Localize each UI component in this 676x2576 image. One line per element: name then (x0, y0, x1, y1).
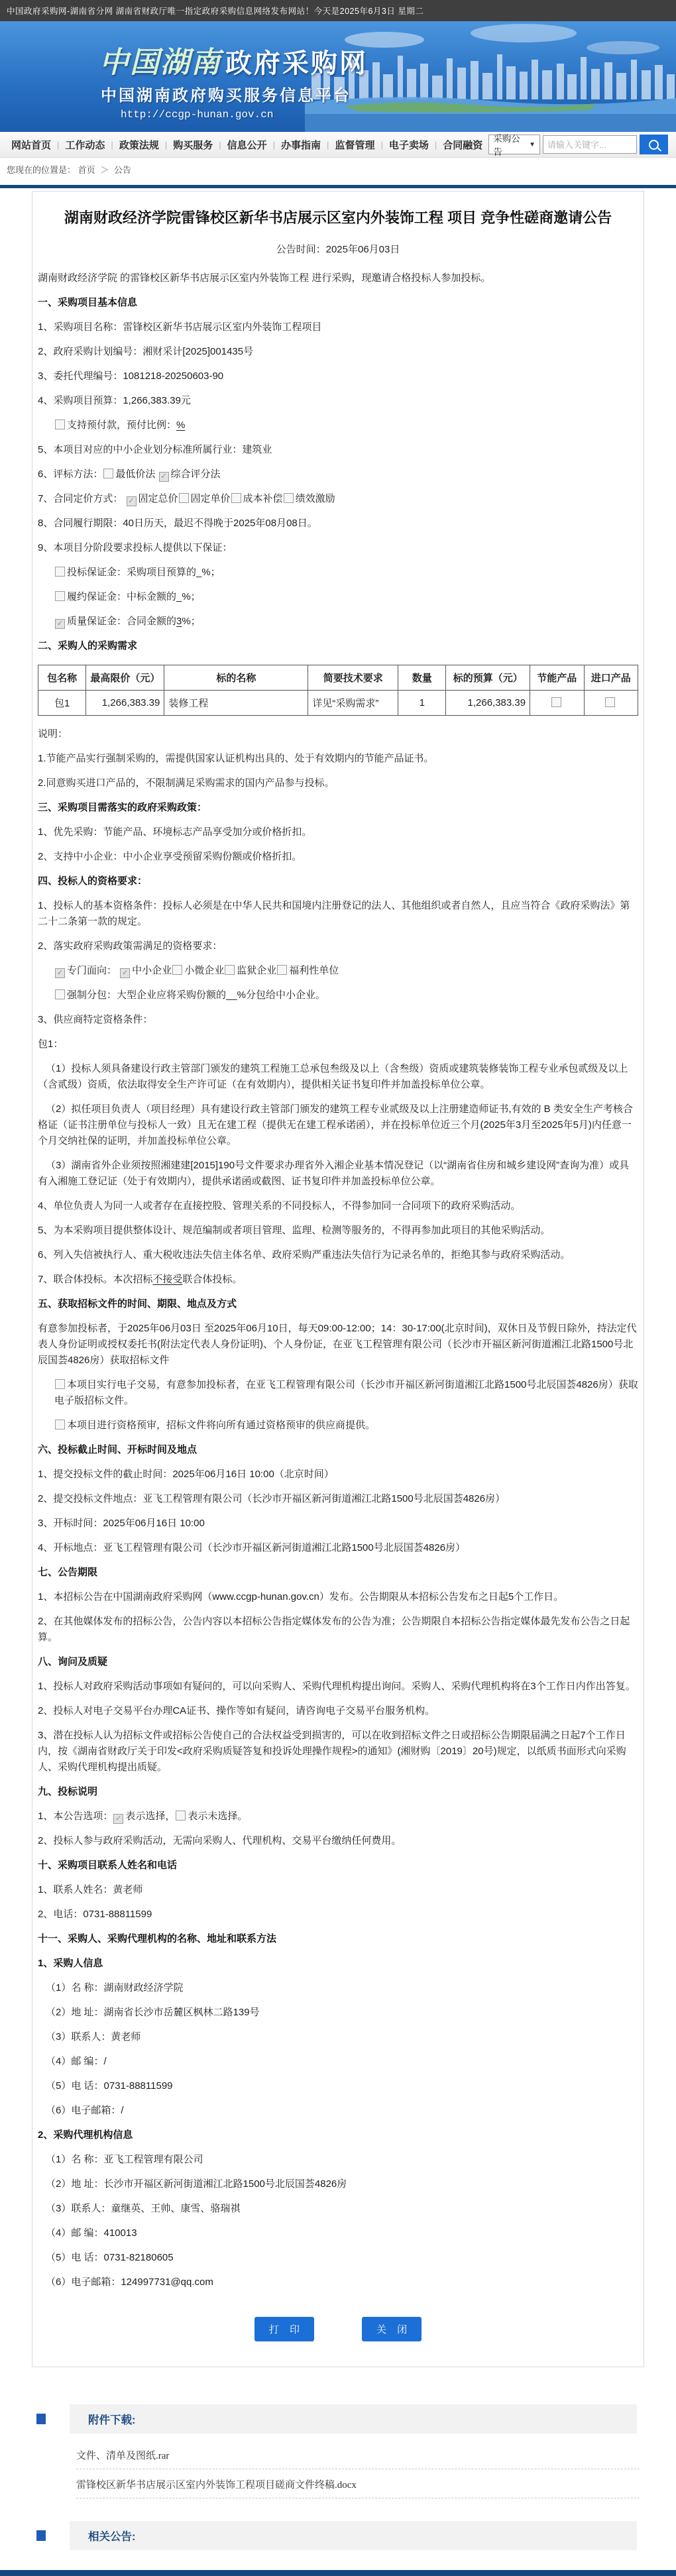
top-info-text: 中国政府采购网-湖南省分网 湖南省财政厅唯一指定政府采购信息网络发布网站！今天是… (7, 7, 423, 16)
checkbox-unchecked-icon (179, 493, 189, 503)
doc-paragraph: （5）电 话：0731-88811599 (38, 2078, 638, 2094)
doc-paragraph: 1、优先采购：节能产品、环境标志产品享受加分或价格折扣。 (38, 824, 638, 840)
site-subtitle: 中国湖南政府购买服务信息平台 (101, 82, 351, 105)
doc-paragraph: （3）联系人：童继英、王帅、康雪、骆瑞祺 (38, 2201, 638, 2217)
doc-paragraph: 说明： (38, 726, 638, 742)
doc-paragraph: （4）邮 编：410013 (38, 2225, 638, 2241)
checkbox-unchecked-icon (176, 1811, 186, 1820)
doc-paragraph: 7、合同定价方式： ✓固定总价固定单价成本补偿绩效激励 (38, 491, 638, 507)
checkbox-unchecked-icon (231, 493, 241, 503)
checkbox-checked-icon: ✓ (55, 619, 65, 629)
doc-paragraph: 有意参加投标者，于2025年06月03日 至2025年06月10日，每天09:0… (38, 1321, 638, 1369)
attachment-icon (36, 2414, 46, 2424)
underlined-text: 3 (176, 616, 182, 627)
table-header-cell: 包名称 (38, 665, 86, 691)
table-header-cell: 数量 (398, 665, 446, 691)
doc-paragraph: （2）地 址：湖南省长沙市岳麓区枫林二路139号 (38, 2005, 638, 2021)
table-header-cell: 最高限价（元） (86, 665, 164, 691)
doc-paragraph: （2）地 址：长沙市开福区新河街道湘江北路1500号北辰国荟4826房 (38, 2176, 638, 2192)
attachments-section: 附件下载: 文件、清单及图纸.rar雷锋校区新华书店展示区室内外装饰工程项目磋商… (36, 2404, 640, 2550)
breadcrumb-current[interactable]: 公告 (114, 165, 131, 175)
doc-paragraph: 支持预付款，预付比例：% (38, 418, 638, 433)
doc-paragraph: （1）名 称：亚飞工程管理有限公司 (38, 2152, 638, 2168)
doc-paragraph: ✓质量保证金：合同金额的3%； (38, 614, 638, 630)
related-title: 相关公告: (88, 2528, 136, 2544)
doc-paragraph: 6、列入失信被执行人、重大税收违法失信主体名单、政府采购严重违法失信行为记录名单… (38, 1247, 638, 1263)
site-logo: 中国湖南 (99, 46, 221, 79)
attachment-list: 文件、清单及图纸.rar雷锋校区新华书店展示区室内外装饰工程项目磋商文件终稿.d… (76, 2440, 640, 2498)
search-icon (649, 140, 659, 150)
doc-paragraph: （1）投标人须具备建设行政主管部门颁发的建筑工程施工总承包叁级及以上（含叁级）资… (38, 1061, 638, 1093)
search-input[interactable] (543, 135, 637, 154)
doc-paragraph: 2、支持中小企业：中小企业享受预留采购份额或价格折扣。 (38, 849, 638, 865)
doc-paragraph: 2、提交投标文件地点：亚飞工程管理有限公司（长沙市开福区新河街道湘江北路1500… (38, 1491, 638, 1507)
nav-item-4[interactable]: 信息公开 (221, 138, 273, 152)
doc-paragraph: 投标保证金：采购项目预算的_%； (38, 565, 638, 581)
doc-paragraph: 本项目进行资格预审，招标文件将向所有通过资格预审的供应商提供。 (38, 1418, 638, 1433)
doc-paragraph: （4）邮 编：/ (38, 2054, 638, 2070)
table-header-cell: 简要技术要求 (308, 665, 398, 691)
nav-item-8[interactable]: 合同融资 (437, 138, 488, 152)
checkbox-unchecked-icon (55, 420, 65, 429)
section-heading: 一、采购项目基本信息 (38, 295, 638, 311)
nav-search-area: 采购公告 ▼ (488, 135, 671, 154)
doc-paragraph: 3、委托代理编号：1081218-20250603-90 (38, 368, 638, 384)
doc-paragraph: 2、电话：0731-88811599 (38, 1907, 638, 1923)
nav-item-6[interactable]: 监督管理 (329, 138, 380, 152)
underlined-text: % (176, 420, 185, 431)
section-heading: 八、询问及质疑 (38, 1654, 638, 1670)
checkbox-unchecked-icon (551, 697, 561, 707)
attachment-row: 文件、清单及图纸.rar (76, 2440, 640, 2469)
attachment-link-1[interactable]: 雷锋校区新华书店展示区室内外装饰工程项目磋商文件终稿.docx (76, 2480, 357, 2491)
site-name: 政府采购网 (225, 49, 368, 78)
checkbox-unchecked-icon (284, 493, 294, 503)
doc-paragraph: ✓专门面向： ✓中小企业小微企业监狱企业福利性单位 (38, 963, 638, 979)
checkbox-checked-icon: ✓ (120, 968, 130, 978)
section-heading: 九、投标说明 (38, 1784, 638, 1800)
doc-paragraph: 1、投标人的基本资格条件：投标人必须是在中华人民共和国境内注册登记的法人、其他组… (38, 898, 638, 930)
doc-paragraph: 强制分包：大型企业应将采购份额的__%分包给中小企业。 (38, 987, 638, 1003)
checkbox-unchecked-icon (103, 469, 113, 478)
checkbox-checked-icon: ✓ (159, 472, 169, 482)
doc-paragraph: 5、为本采购项目提供整体设计、规范编制或者项目管理、监理、检测等服务的，不得再参… (38, 1223, 638, 1239)
footer-bar (0, 2570, 676, 2576)
attachments-header: 附件下载: (36, 2404, 640, 2434)
attachments-title: 附件下载: (88, 2411, 136, 2427)
doc-paragraph: 2、投标人参与政府采购活动，无需向采购人、代理机构、交易平台缴纳任何费用。 (38, 1833, 638, 1849)
checkbox-unchecked-icon (225, 965, 235, 975)
checkbox-unchecked-icon (55, 989, 65, 999)
doc-paragraph: 6、评标方法：最低价法 ✓综合评分法 (38, 467, 638, 482)
procurement-requirements-table: 包名称最高限价（元）标的名称简要技术要求数量标的预算（元）节能产品进口产品包11… (38, 665, 638, 716)
page-title: 湖南财政经济学院雷锋校区新华书店展示区室内外装饰工程 项目 竞争性磋商邀请公告 (58, 207, 618, 229)
close-button[interactable]: 关 闭 (362, 2317, 422, 2341)
section-heading: 十、采购项目联系人姓名和电话 (38, 1858, 638, 1874)
section-heading: 十一、采购人、采购代理机构的名称、地址和联系方法 (38, 1931, 638, 1947)
doc-paragraph: 2、政府采购计划编号：湘财采计[2025]001435号 (38, 344, 638, 360)
nav-item-0[interactable]: 网站首页 (5, 138, 57, 152)
doc-paragraph: 5、本项目对应的中小企业划分标准所属行业：建筑业 (38, 442, 638, 458)
doc-paragraph: 2、投标人对电子交易平台办理CA证书、操作等如有疑问，请咨询电子交易平台服务机构… (38, 1703, 638, 1719)
checkbox-unchecked-icon (55, 1420, 65, 1429)
doc-paragraph: 7、联合体投标。本次招标不接受联合体投标。 (38, 1272, 638, 1288)
nav-item-2[interactable]: 政策法规 (113, 138, 165, 152)
section-heading: 2、采购代理机构信息 (38, 2127, 638, 2143)
nav-item-3[interactable]: 购买服务 (167, 138, 219, 152)
checkbox-unchecked-icon (55, 1379, 65, 1389)
top-info-bar: 中国政府采购网-湖南省分网 湖南省财政厅唯一指定政府采购信息网络发布网站！今天是… (0, 0, 676, 21)
breadcrumb-label: 您现在的位置是： (7, 165, 76, 175)
related-header: 相关公告: (36, 2521, 640, 2550)
doc-paragraph: 9、本项目分阶段要求投标人提供以下保证： (38, 540, 638, 556)
table-cell: 1,266,383.39 (86, 691, 164, 716)
doc-paragraph: 1、联系人姓名：黄老师 (38, 1882, 638, 1898)
table-header-cell: 标的预算（元） (446, 665, 530, 691)
attachment-row: 雷锋校区新华书店展示区室内外装饰工程项目磋商文件终稿.docx (76, 2469, 640, 2498)
section-heading: 1、采购人信息 (38, 1956, 638, 1972)
breadcrumb-separator: ＞ (100, 165, 109, 175)
search-button[interactable] (640, 135, 668, 154)
checkbox-checked-icon: ✓ (127, 496, 137, 506)
doc-paragraph: 1、提交投标文件的截止时间：2025年06月16日 10:00（北京时间） (38, 1467, 638, 1483)
site-banner: 中国湖南政府采购网 中国湖南政府购买服务信息平台 http://ccgp-hun… (0, 21, 676, 132)
doc-paragraph: 2、落实政府采购政策需满足的资格要求： (38, 938, 638, 954)
section-heading: 五、获取招标文件的时间、期限、地点及方式 (38, 1296, 638, 1312)
table-cell (584, 691, 638, 716)
doc-paragraph: （5）电 话：0731-82180605 (38, 2250, 638, 2266)
doc-paragraph: 8、合同履行期限：40日历天，最迟不得晚于2025年08月08日。 (38, 516, 638, 532)
related-icon (36, 2530, 46, 2541)
doc-paragraph: 1、本公告选项：✓表示选择，表示未选择。 (38, 1809, 638, 1824)
section-heading: 二、采购人的采购需求 (38, 638, 638, 654)
attachment-link-0[interactable]: 文件、清单及图纸.rar (76, 2451, 169, 2461)
table-cell: 详见“采购需求” (308, 691, 398, 716)
nav-item-7[interactable]: 电子卖场 (383, 138, 435, 152)
doc-paragraph: （2）拟任项目负责人（项目经理）具有建设行政主管部门颁发的建筑工程专业贰级及以上… (38, 1101, 638, 1149)
chevron-down-icon: ▼ (529, 141, 535, 148)
section-heading: 四、投标人的资格要求： (38, 873, 638, 889)
doc-paragraph: 1、采购项目名称：雷锋校区新华书店展示区室内外装饰工程项目 (38, 319, 638, 335)
doc-paragraph: 4、采购项目预算：1,266,383.39元 (38, 393, 638, 409)
breadcrumb-home-link[interactable]: 首页 (78, 165, 95, 175)
nav-item-1[interactable]: 工作动态 (59, 138, 111, 152)
search-category-select[interactable]: 采购公告 ▼ (488, 135, 540, 154)
publish-time: 公告时间：2025年06月03日 (38, 242, 638, 256)
checkbox-checked-icon: ✓ (113, 1814, 123, 1824)
doc-paragraph: 1.节能产品实行强制采购的，需提供国家认证机构出具的、处于有效期内的节能产品证书… (38, 751, 638, 767)
announcement-document: 湖南财政经济学院雷锋校区新华书店展示区室内外装饰工程 项目 竞争性磋商邀请公告 … (32, 191, 644, 2367)
doc-paragraph: 1、投标人对政府采购活动事项如有疑问的，可以向采购人、采购代理机构提出询问。采购… (38, 1679, 638, 1695)
checkbox-unchecked-icon (277, 965, 287, 975)
checkbox-unchecked-icon (172, 965, 182, 975)
table-cell: 包1 (38, 691, 86, 716)
underlined-text: 不接受 (152, 1274, 182, 1285)
site-url: http://ccgp-hunan.gov.cn (121, 109, 273, 121)
section-heading: 七、公告期限 (38, 1565, 638, 1581)
checkbox-checked-icon: ✓ (55, 968, 65, 978)
table-cell: 1 (398, 691, 446, 716)
table-header-cell: 进口产品 (584, 665, 638, 691)
doc-paragraph: 2、在其他媒体发布的招标公告，公告内容以本招标公告指定媒体发布的公告为准；公告期… (38, 1614, 638, 1646)
doc-paragraph: （1）名 称：湖南财政经济学院 (38, 1980, 638, 1996)
doc-paragraph: 4、开标地点：亚飞工程管理有限公司（长沙市开福区新河街道湘江北路1500号北辰国… (38, 1540, 638, 1556)
doc-paragraph: 3、供应商特定资格条件： (38, 1012, 638, 1028)
table-cell: 装修工程 (164, 691, 308, 716)
doc-paragraph: 本项目实行电子交易，有意参加投标者，在亚飞工程管理有限公司（长沙市开福区新河街道… (38, 1377, 638, 1409)
table-cell (530, 691, 584, 716)
print-button[interactable]: 打 印 (254, 2317, 314, 2341)
doc-paragraph: 3、开标时间：2025年06月16日 10:00 (38, 1516, 638, 1532)
doc-paragraph: （6）电子邮箱：124997731@qq.com (38, 2274, 638, 2290)
doc-body: 湖南财政经济学院 的雷锋校区新华书店展示区室内外装饰工程 进行采购，现邀请合格投… (38, 270, 638, 2290)
doc-paragraph: 2.同意购买进口产品的，不限制满足采购需求的国内产品参与投标。 (38, 775, 638, 791)
checkbox-unchecked-icon (55, 591, 65, 601)
main-nav: 网站首页|工作动态|政策法规|购买服务|信息公开|办事指南|监督管理|电子卖场|… (0, 132, 676, 158)
breadcrumb: 您现在的位置是： 首页 ＞ 公告 (0, 158, 676, 185)
doc-paragraph: 3、潜在投标人认为招标文件或招标公告使自己的合法权益受到损害的，可以在收到招标文… (38, 1728, 638, 1775)
search-category-value: 采购公告 (493, 131, 525, 158)
doc-paragraph: 包1： (38, 1036, 638, 1052)
doc-paragraph: 履约保证金：中标金额的_%； (38, 589, 638, 605)
table-header-cell: 标的名称 (164, 665, 308, 691)
content-area: 湖南财政经济学院雷锋校区新华书店展示区室内外装饰工程 项目 竞争性磋商邀请公告 … (0, 188, 676, 2367)
nav-menu: 网站首页|工作动态|政策法规|购买服务|信息公开|办事指南|监督管理|电子卖场|… (5, 138, 488, 152)
doc-paragraph: 1、本招标公告在中国湖南政府采购网（www.ccgp-hunan.gov.cn）… (38, 1589, 638, 1605)
nav-item-5[interactable]: 办事指南 (275, 138, 327, 152)
doc-paragraph: （3）联系人：黄老师 (38, 2029, 638, 2045)
table-cell: 1,266,383.39 (446, 691, 530, 716)
doc-paragraph: （3）湖南省外企业须按照湘建建[2015]190号文件要求办理省外入湘企业基本情… (38, 1158, 638, 1190)
section-heading: 六、投标截止时间、开标时间及地点 (38, 1442, 638, 1458)
doc-paragraph: （6）电子邮箱：/ (38, 2103, 638, 2119)
checkbox-unchecked-icon (55, 567, 65, 577)
section-heading: 三、采购项目需落实的政府采购政策： (38, 800, 638, 816)
doc-paragraph: 湖南财政经济学院 的雷锋校区新华书店展示区室内外装饰工程 进行采购，现邀请合格投… (38, 270, 638, 286)
table-header-cell: 节能产品 (530, 665, 584, 691)
action-buttons: 打 印 关 闭 (38, 2317, 638, 2341)
table-row: 包11,266,383.39装修工程详见“采购需求”11,266,383.39 (38, 691, 638, 716)
doc-paragraph: 4、单位负责人为同一人或者存在直接控股、管理关系的不同投标人，不得参加同一合同项… (38, 1198, 638, 1214)
checkbox-unchecked-icon (605, 697, 615, 707)
